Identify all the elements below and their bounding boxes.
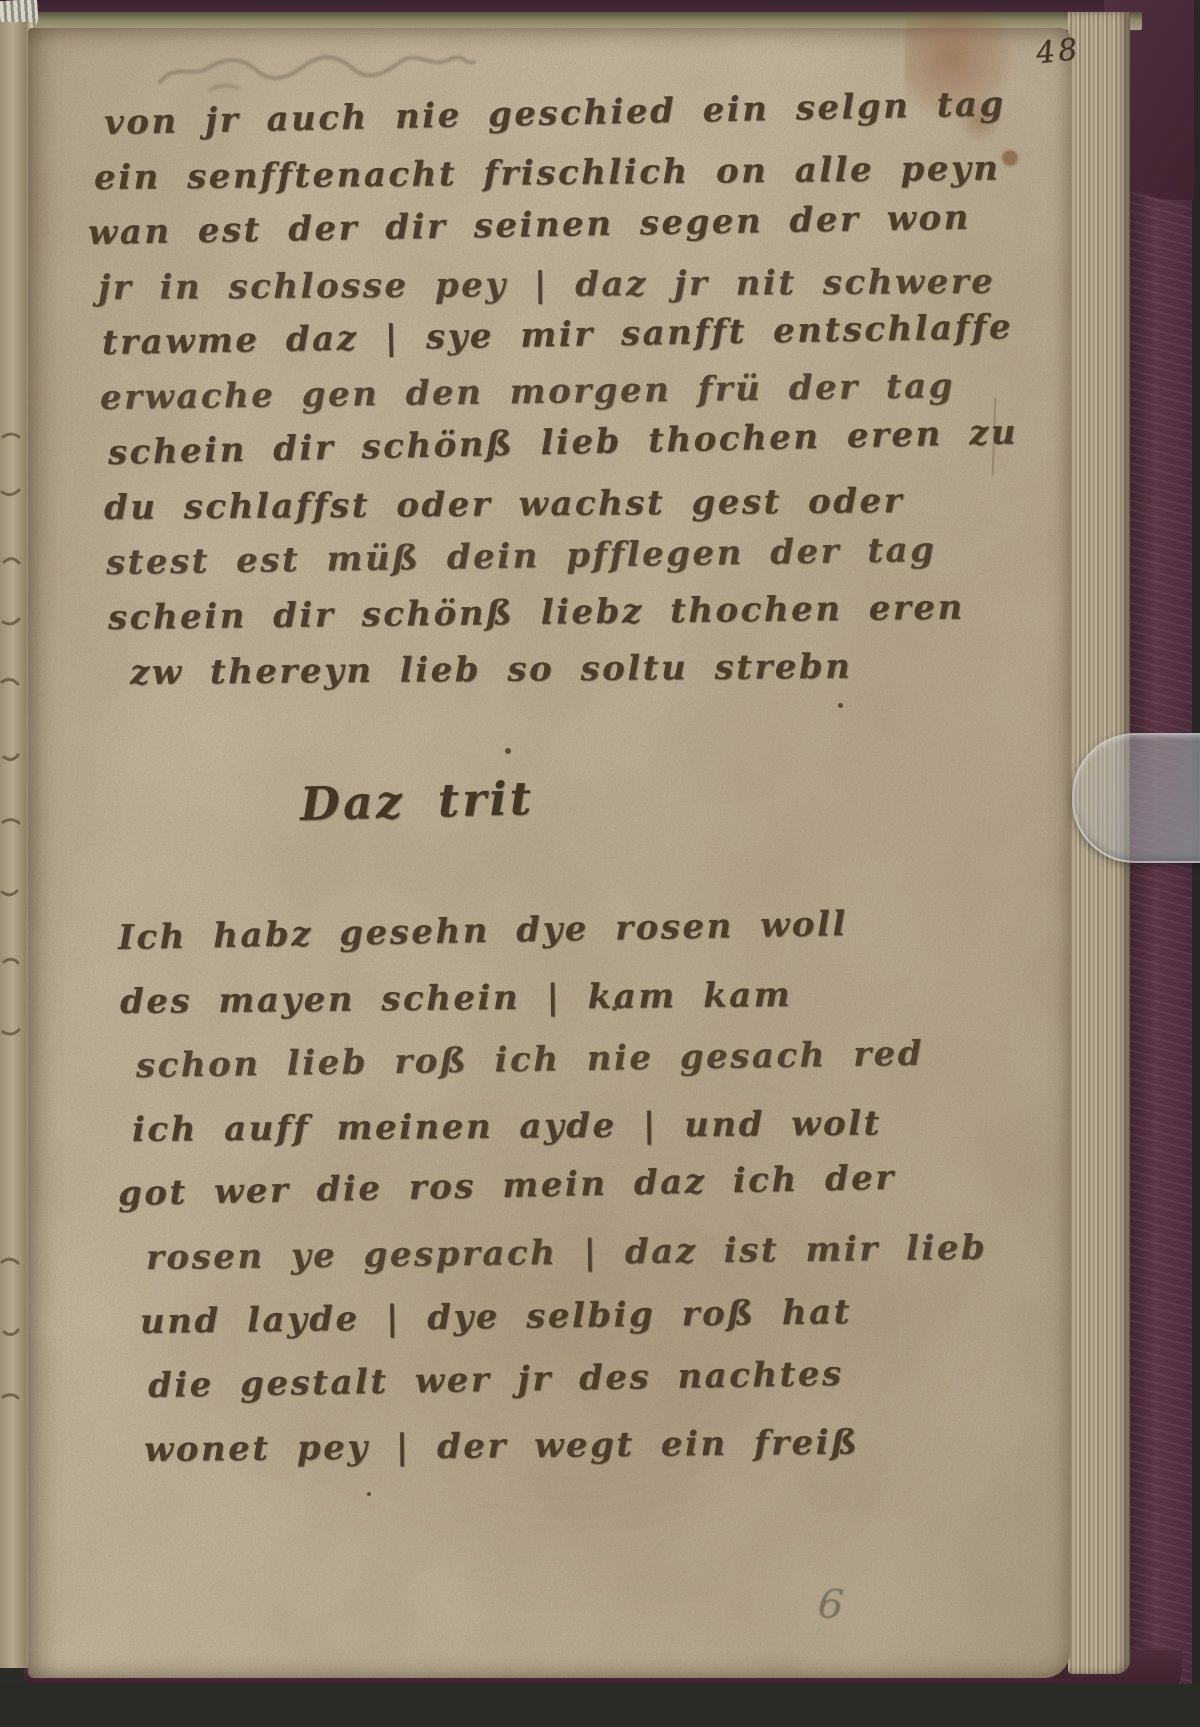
stanza-2: Ich habz gesehn dye rosen woll des mayen… bbox=[118, 906, 1038, 1482]
manuscript-photo: 48 von jr auch nie geschied ein selgn ta… bbox=[0, 0, 1200, 1727]
page-number: 48 bbox=[1034, 32, 1082, 71]
stanza-1: von jr auch nie geschied ein selgn tag e… bbox=[88, 96, 1028, 701]
manuscript-line: schein dir schönß liebz thochen eren bbox=[108, 580, 1029, 646]
ink-speck bbox=[838, 703, 843, 708]
quire-mark: 6 bbox=[816, 1581, 845, 1629]
manuscript-line: zw thereyn lieb so soltu strebn bbox=[130, 638, 1028, 701]
manuscript-line: schon lieb roß ich nie gesach red bbox=[135, 1020, 1038, 1098]
manuscript-line: wonet pey | der wegt ein freiß bbox=[144, 1409, 1039, 1482]
section-heading: Daz trit bbox=[299, 771, 534, 831]
page-clasp bbox=[1072, 733, 1200, 863]
ink-speck bbox=[505, 748, 511, 754]
dark-background-bottom bbox=[0, 1684, 1200, 1727]
ink-speck bbox=[367, 1492, 371, 1496]
